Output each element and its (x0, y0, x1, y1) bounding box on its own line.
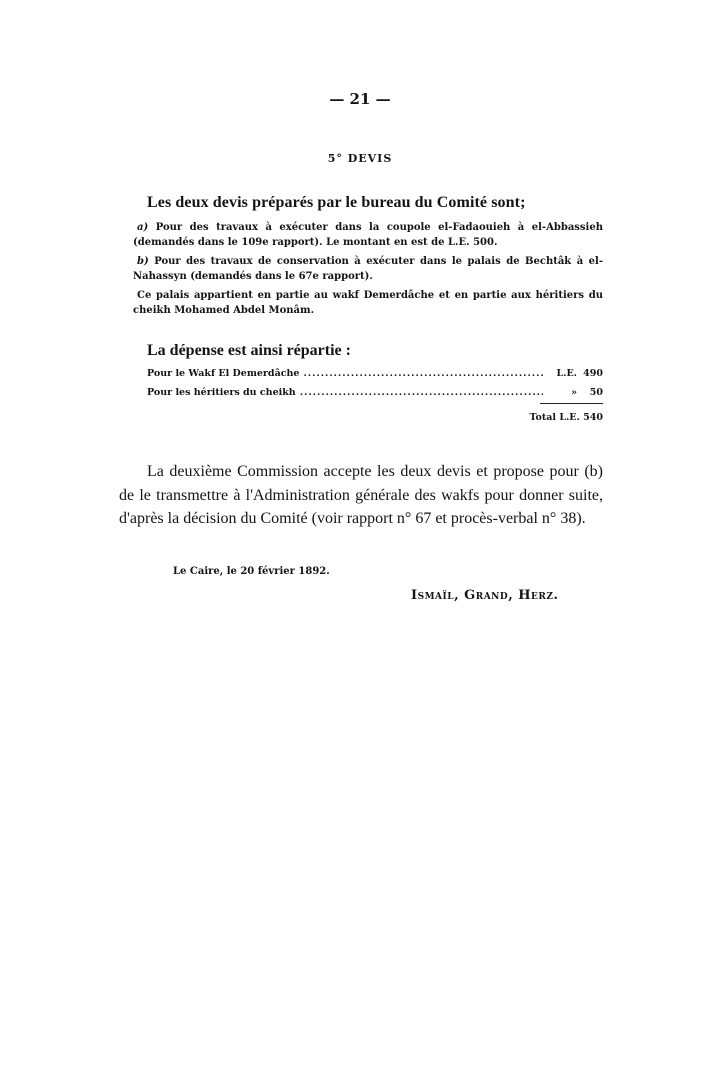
row-label: Pour les héritiers du cheikh (147, 387, 296, 398)
leader-dots: ........................................… (300, 387, 543, 398)
devis-list: a) Pour des travaux à exécuter dans la c… (133, 220, 603, 322)
item-text: Pour des travaux à exécuter dans la coup… (133, 222, 603, 248)
sum-rule (540, 403, 603, 404)
section-number: 5° (328, 152, 343, 165)
place-date: Le Caire, le 20 février 1892. (173, 566, 330, 577)
repartition-title: La dépense est ainsi répartie : (147, 342, 351, 360)
row-currency: » (547, 387, 577, 398)
item-text: Pour des travaux de conservation à exécu… (133, 256, 603, 282)
devis-item-a: a) Pour des travaux à exécuter dans la c… (133, 220, 603, 250)
repartition-row: Pour les héritiers du cheikh ...........… (147, 387, 603, 398)
page-number: — 21 — (0, 90, 720, 108)
conclusion-paragraph: La deuxième Commission accepte les deux … (119, 460, 603, 531)
intro-sentence: Les deux devis préparés par le bureau du… (147, 194, 526, 212)
row-amount: 50 (577, 387, 603, 398)
row-label: Pour le Wakf El Demerdâche (147, 368, 299, 379)
row-currency: L.E. (547, 368, 577, 379)
section-title: DEVIS (348, 152, 393, 165)
ownership-note: Ce palais appartient en partie au wakf D… (133, 288, 603, 318)
signatories: Ismaïl, Grand, Herz. (411, 588, 558, 603)
document-page: — 21 — 5° DEVIS Les deux devis préparés … (0, 0, 720, 1082)
item-letter: a) (137, 222, 148, 233)
leader-dots: ........................................… (303, 368, 543, 379)
row-amount: 490 (577, 368, 603, 379)
repartition-total: Total L.E. 540 (530, 412, 603, 423)
conclusion-text: La deuxième Commission accepte les deux … (119, 460, 603, 531)
item-letter: b) (137, 256, 149, 267)
section-heading: 5° DEVIS (0, 152, 720, 165)
devis-item-b: b) Pour des travaux de conservation à ex… (133, 254, 603, 284)
repartition-row: Pour le Wakf El Demerdâche .............… (147, 368, 603, 379)
